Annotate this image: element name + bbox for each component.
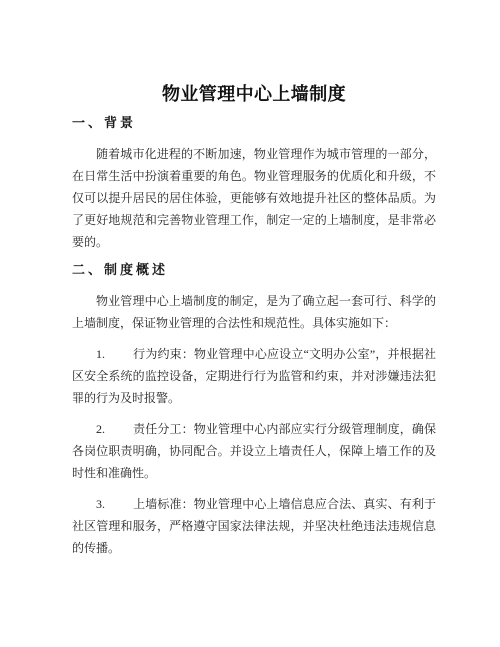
numbered-item-2: 2.责任分工：物业管理中心内部应实行分级管理制度，确保各岗位职责明确，协同配合。…: [72, 418, 436, 484]
document-title: 物业管理中心上墙制度: [72, 83, 436, 105]
overview-paragraph: 物业管理中心上墙制度的制定，是为了确立起一套可行、科学的上墙制度，保证物业管理的…: [72, 290, 436, 334]
item-text: 上墙标准：物业管理中心上墙信息应合法、真实、有利于社区管理和服务，严格遵守国家法…: [72, 497, 436, 555]
item-text: 行为约束：物业管理中心应设立“文明办公室”，并根据社区安全系统的监控设备，定期进…: [72, 347, 436, 405]
item-number: 3.: [96, 497, 105, 511]
section-heading-overview: 二、制度概述: [72, 259, 436, 281]
item-number: 2.: [96, 422, 105, 436]
background-paragraph: 随着城市化进程的不断加速，物业管理作为城市管理的一部分，在日常生活中扮演着重要的…: [72, 143, 436, 253]
section-heading-background: 一、背景: [72, 112, 436, 134]
document-page: 物业管理中心上墙制度 一、背景 随着城市化进程的不断加速，物业管理作为城市管理的…: [0, 0, 500, 647]
numbered-item-3: 3.上墙标准：物业管理中心上墙信息应合法、真实、有利于社区管理和服务，严格遵守国…: [72, 493, 436, 559]
item-number: 1.: [96, 347, 105, 361]
numbered-item-1: 1.行为约束：物业管理中心应设立“文明办公室”，并根据社区安全系统的监控设备，定…: [72, 343, 436, 409]
item-text: 责任分工：物业管理中心内部应实行分级管理制度，确保各岗位职责明确，协同配合。并设…: [72, 422, 436, 480]
